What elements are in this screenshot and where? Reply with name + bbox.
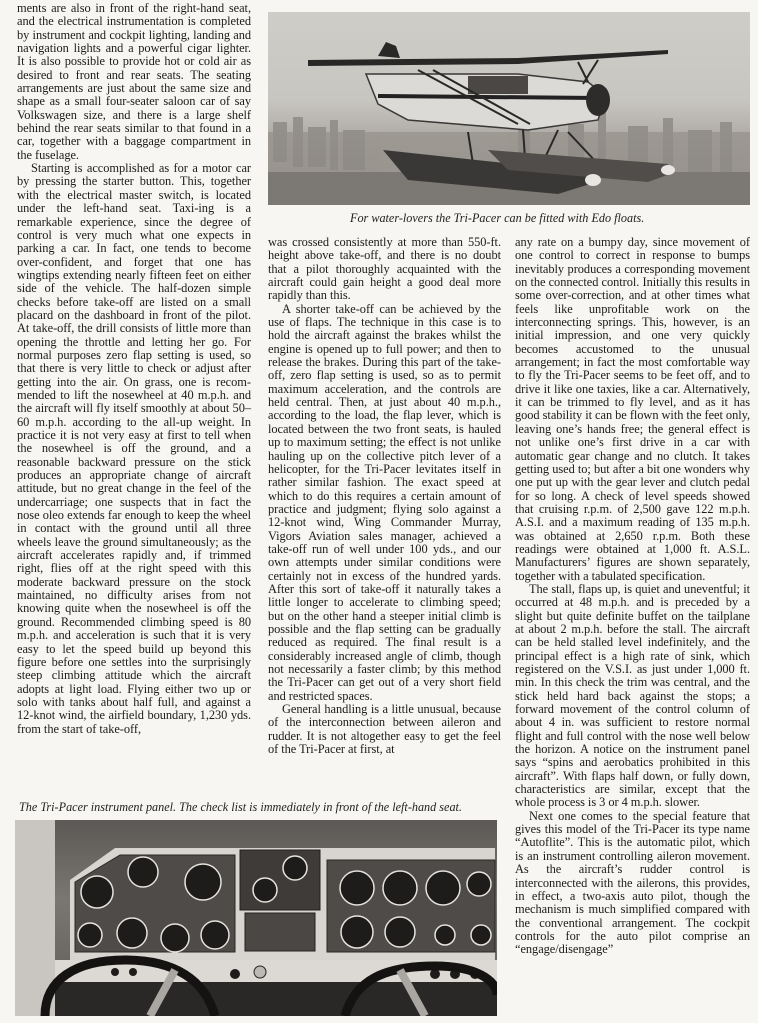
paragraph: Next one comes to the special feature th… (515, 810, 750, 957)
paragraph: Starting is accomplished as for a motor … (17, 162, 251, 736)
seaplane-illustration (268, 12, 750, 205)
paragraph: was crossed consistently at more than 55… (268, 236, 501, 303)
paragraph: The stall, flaps up, is quiet and uneven… (515, 583, 750, 810)
paragraph: any rate on a bumpy day, since movement … (515, 236, 750, 583)
text-column-3: any rate on a bumpy day, since movement … (515, 236, 750, 957)
paragraph: ments are also in front of the right-han… (17, 2, 251, 162)
seaplane-photo (268, 12, 750, 205)
text-column-2: was crossed consistently at more than 55… (268, 236, 501, 756)
instrument-panel-illustration (15, 820, 497, 1016)
paragraph: A shorter take-off can be achieved by th… (268, 303, 501, 703)
instrument-panel-caption: The Tri-Pacer instrument panel. The chec… (19, 800, 462, 814)
paragraph: General handling is a little unusual, be… (268, 703, 501, 756)
seaplane-photo-caption: For water-lovers the Tri-Pacer can be fi… (350, 211, 644, 225)
text-column-1: ments are also in front of the right-han… (17, 2, 251, 736)
instrument-panel-photo (15, 820, 497, 1016)
